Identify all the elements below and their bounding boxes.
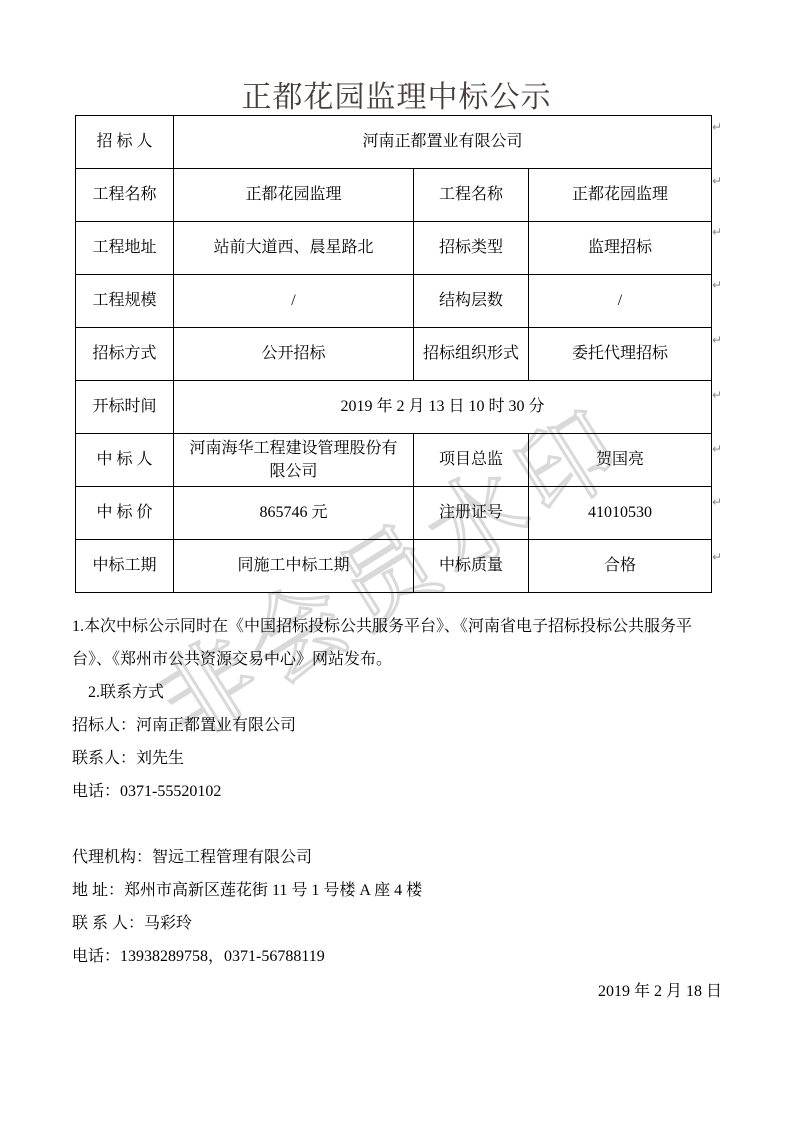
note-agency-address: 地 址：郑州市高新区莲花街 11 号 1 号楼 A 座 4 楼 — [72, 874, 722, 907]
table-label: 中标工期 — [76, 540, 174, 593]
table-value: 贺国亮 — [529, 434, 712, 487]
table-value: 河南正都置业有限公司 — [174, 116, 712, 169]
return-mark-icon: ↵ — [712, 442, 722, 456]
return-mark-icon: ↵ — [712, 388, 722, 402]
table-value: / — [529, 275, 712, 328]
table-label: 项目总监 — [414, 434, 529, 487]
note-tenderee-phone: 电话：0371-55520102 — [72, 775, 722, 808]
document-page: 非会员水印 正都花园监理中标公示 招 标 人 河南正都置业有限公司 工程名称 正… — [0, 0, 793, 1122]
table-row: 中 标 价 865746 元 注册证号 41010530 — [76, 487, 712, 540]
return-mark-icon: ↵ — [712, 333, 722, 347]
table-value: 合格 — [529, 540, 712, 593]
table-row: 工程地址 站前大道西、晨星路北 招标类型 监理招标 — [76, 222, 712, 275]
table-value: 正都花园监理 — [529, 169, 712, 222]
table-label: 工程名称 — [76, 169, 174, 222]
table-value: 委托代理招标 — [529, 328, 712, 381]
table-row: 中标工期 同施工中标工期 中标质量 合格 — [76, 540, 712, 593]
table-label: 工程地址 — [76, 222, 174, 275]
note-agency: 代理机构：智远工程管理有限公司 — [72, 841, 722, 874]
page-title: 正都花园监理中标公示 — [0, 72, 793, 116]
return-mark-icon: ↵ — [712, 550, 722, 564]
note-tenderee: 招标人：河南正都置业有限公司 — [72, 709, 722, 742]
table-value: 同施工中标工期 — [174, 540, 414, 593]
note-tenderee-contact: 联系人：刘先生 — [72, 742, 722, 775]
table-value: 公开招标 — [174, 328, 414, 381]
table-row: 工程名称 正都花园监理 工程名称 正都花园监理 — [76, 169, 712, 222]
date-line: 2019 年 2 月 18 日 — [72, 975, 722, 1008]
table-label: 招标类型 — [414, 222, 529, 275]
table-value: 865746 元 — [174, 487, 414, 540]
table-label: 中 标 价 — [76, 487, 174, 540]
table-value: 监理招标 — [529, 222, 712, 275]
table-value: 站前大道西、晨星路北 — [174, 222, 414, 275]
table-row: 招标方式 公开招标 招标组织形式 委托代理招标 — [76, 328, 712, 381]
note-contact-heading: 2.联系方式 — [72, 676, 722, 709]
table-label: 工程名称 — [414, 169, 529, 222]
table-label: 中标质量 — [414, 540, 529, 593]
table-label: 结构层数 — [414, 275, 529, 328]
table-row: 招 标 人 河南正都置业有限公司 — [76, 116, 712, 169]
table-row: 开标时间 2019 年 2 月 13 日 10 时 30 分 — [76, 381, 712, 434]
table-row: 工程规模 / 结构层数 / — [76, 275, 712, 328]
notes-section: 1.本次中标公示同时在《中国招标投标公共服务平台》、《河南省电子招标投标公共服务… — [72, 610, 722, 973]
return-mark-icon: ↵ — [712, 174, 722, 188]
return-mark-icon: ↵ — [712, 225, 722, 239]
table-label: 中 标 人 — [76, 434, 174, 487]
note-publish: 1.本次中标公示同时在《中国招标投标公共服务平台》、《河南省电子招标投标公共服务… — [72, 610, 722, 676]
table-label: 招标组织形式 — [414, 328, 529, 381]
table-value: 41010530 — [529, 487, 712, 540]
bid-notice-table: 招 标 人 河南正都置业有限公司 工程名称 正都花园监理 工程名称 正都花园监理… — [75, 115, 712, 593]
return-mark-icon: ↵ — [712, 278, 722, 292]
table-label: 招 标 人 — [76, 116, 174, 169]
note-agency-contact: 联 系 人：马彩玲 — [72, 907, 722, 940]
table-value: 2019 年 2 月 13 日 10 时 30 分 — [174, 381, 712, 434]
table-label: 开标时间 — [76, 381, 174, 434]
return-mark-icon: ↵ — [712, 120, 722, 134]
table-label: 招标方式 — [76, 328, 174, 381]
table-row: 中 标 人 河南海华工程建设管理股份有限公司 项目总监 贺国亮 — [76, 434, 712, 487]
table-value: 正都花园监理 — [174, 169, 414, 222]
table-value: / — [174, 275, 414, 328]
table-value: 河南海华工程建设管理股份有限公司 — [174, 434, 414, 487]
note-agency-phone: 电话：13938289758，0371-56788119 — [72, 940, 722, 973]
return-mark-icon: ↵ — [712, 495, 722, 509]
table-label: 注册证号 — [414, 487, 529, 540]
table-label: 工程规模 — [76, 275, 174, 328]
